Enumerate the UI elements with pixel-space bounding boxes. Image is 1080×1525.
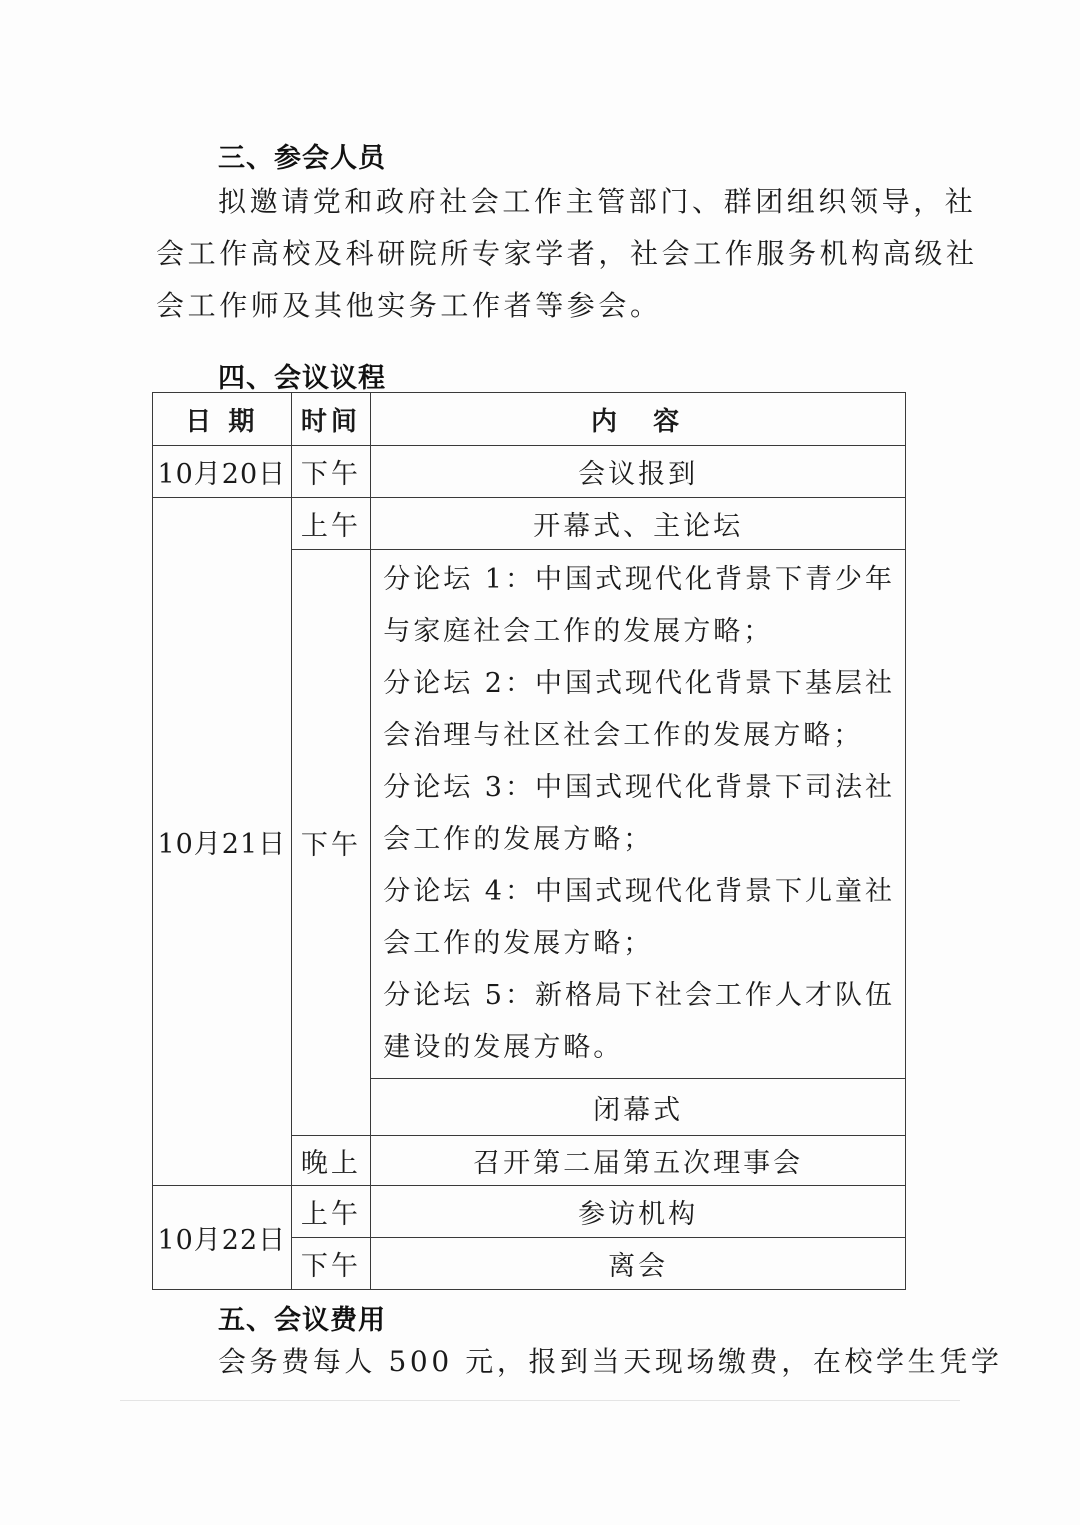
table-header-row: 日 期 时间 内 容: [153, 393, 906, 446]
forum-item-5: 分论坛 5：新格局下社会工作人才队伍 建设的发展方略。: [383, 970, 895, 1074]
time-cell: 上午: [291, 498, 371, 550]
forum-item-3: 分论坛 3：中国式现代化背景下司法社 会工作的发展方略；: [383, 762, 895, 866]
content-cell: 会议报到: [371, 446, 906, 498]
forum-item-2: 分论坛 2：中国式现代化背景下基层社 会治理与社区社会工作的发展方略；: [383, 658, 895, 762]
fees-paragraph: 会务费每人 500 元，报到当天现场缴费，在校学生凭学: [156, 1336, 916, 1388]
table-row: 10月20日 下午 会议报到: [153, 446, 906, 498]
date-cell: 10月20日: [153, 446, 292, 498]
time-cell: 下午: [291, 550, 371, 1136]
content-cell: 参访机构: [371, 1186, 906, 1238]
header-date: 日 期: [153, 393, 292, 446]
section-heading-fees: 五、会议费用: [218, 1298, 386, 1337]
time-cell: 晚上: [291, 1136, 371, 1186]
content-cell-forums: 分论坛 1：中国式现代化背景下青少年 与家庭社会工作的发展方略； 分论坛 2：中…: [371, 550, 906, 1079]
content-cell: 闭幕式: [371, 1079, 906, 1136]
table-row: 10月22日 上午 参访机构: [153, 1186, 906, 1238]
agenda-table: 日 期 时间 内 容 10月20日 下午 会议报到 10月21日 上午 开幕式、…: [152, 392, 906, 1290]
content-cell: 离会: [371, 1238, 906, 1290]
content-cell: 召开第二届第五次理事会: [371, 1136, 906, 1186]
page-bottom-edge: [120, 1400, 960, 1401]
paragraph-line: 拟邀请党和政府社会工作主管部门、群团组织领导，社: [156, 176, 916, 228]
date-cell: 10月22日: [153, 1186, 292, 1290]
section-heading-agenda: 四、会议议程: [218, 356, 386, 395]
content-cell: 开幕式、主论坛: [371, 498, 906, 550]
date-cell: 10月21日: [153, 498, 292, 1186]
forum-item-1: 分论坛 1：中国式现代化背景下青少年 与家庭社会工作的发展方略；: [383, 554, 895, 658]
time-cell: 上午: [291, 1186, 371, 1238]
header-content: 内 容: [371, 393, 906, 446]
paragraph-line: 会务费每人 500 元，报到当天现场缴费，在校学生凭学: [156, 1336, 916, 1388]
forum-item-4: 分论坛 4：中国式现代化背景下儿童社 会工作的发展方略；: [383, 866, 895, 970]
document-page: 三、参会人员 拟邀请党和政府社会工作主管部门、群团组织领导，社 会工作高校及科研…: [0, 0, 1080, 1525]
time-cell: 下午: [291, 446, 371, 498]
paragraph-line: 会工作高校及科研院所专家学者，社会工作服务机构高级社: [156, 228, 916, 280]
paragraph-line: 会工作师及其他实务工作者等参会。: [156, 280, 916, 332]
section-heading-attendees: 三、参会人员: [218, 136, 386, 175]
attendees-paragraph: 拟邀请党和政府社会工作主管部门、群团组织领导，社 会工作高校及科研院所专家学者，…: [156, 176, 916, 332]
table-row: 10月21日 上午 开幕式、主论坛: [153, 498, 906, 550]
time-cell: 下午: [291, 1238, 371, 1290]
header-time: 时间: [291, 393, 371, 446]
